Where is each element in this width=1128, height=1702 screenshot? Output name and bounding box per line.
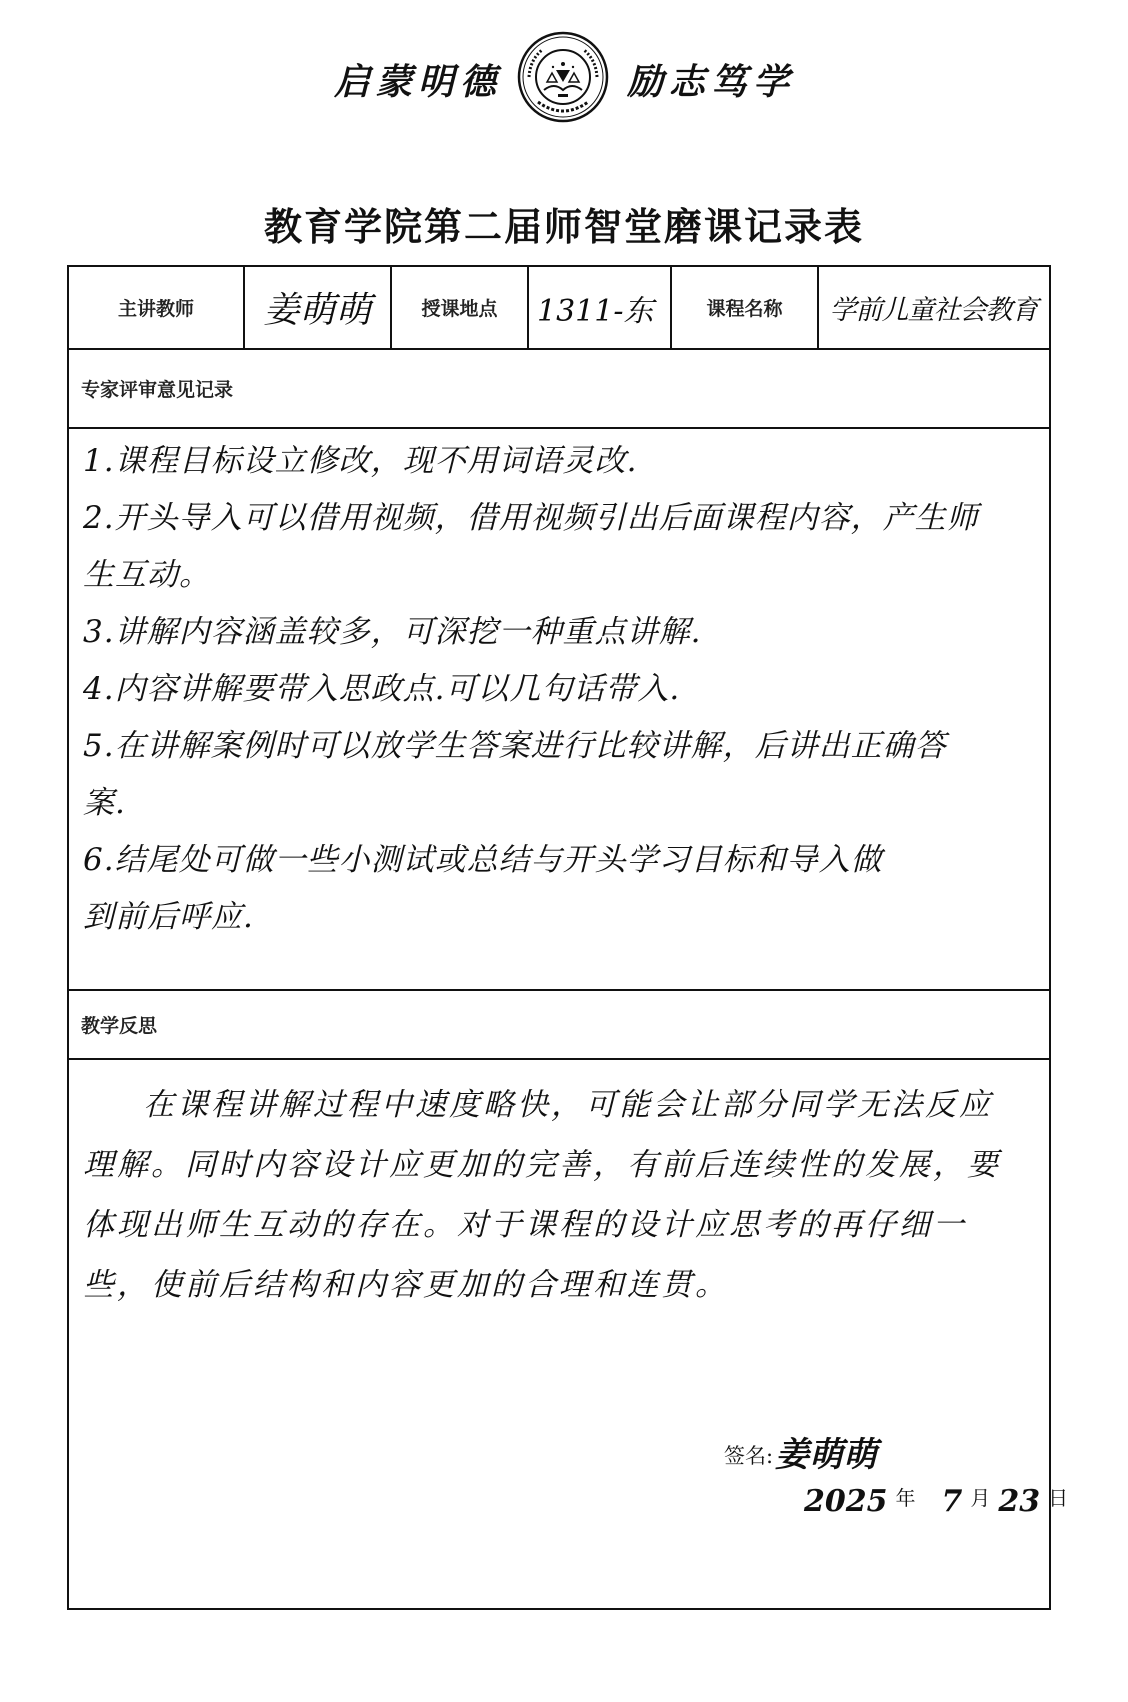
location-label-cell: 授课地点 [392,267,529,348]
teacher-value-cell: 姜萌萌 [245,267,392,348]
reflection-line: 体现出师生互动的存在。对于课程的设计应思考的再仔细一 [83,1195,1033,1255]
reflection-label: 教学反思 [81,1011,157,1038]
comment-line: 案. [83,775,1033,832]
record-form-table: 主讲教师 姜萌萌 授课地点 1311-东 课程名称 学前儿童社会教育 专家评审意… [67,265,1051,1610]
date-month: 7 [942,1484,963,1519]
expert-review-comments: 1.课程目标设立修改，现不用词语灵改. 2.开头导入可以借用视频，借用视频引出后… [83,433,1033,946]
motto-right: 励志笃学 [627,54,795,105]
reflection-line: 在课程讲解过程中速度略快，可能会让部分同学无法反应 [83,1075,1033,1135]
comment-line: 1.课程目标设立修改，现不用词语灵改. [83,433,1033,490]
signature-label: 签名: [724,1440,773,1470]
date-month-unit: 月 [970,1482,990,1511]
comment-line: 到前后呼应. [83,889,1033,946]
school-emblem-icon [516,30,610,124]
comment-line: 5.在讲解案例时可以放学生答案进行比较讲解，后讲出正确答 [83,718,1033,775]
reflection-line: 些，使前后结构和内容更加的合理和连贯。 [83,1255,1033,1315]
location-value: 1311-东 [537,286,653,330]
location-value-cell: 1311-东 [529,267,672,348]
teacher-label-cell: 主讲教师 [69,267,245,348]
teacher-name: 姜萌萌 [263,282,371,333]
date-day: 23 [998,1484,1040,1519]
signature-name: 姜萌萌 [775,1427,877,1476]
comment-line: 2.开头导入可以借用视频，借用视频引出后面课程内容，产生师 [83,490,1033,547]
location-label: 授课地点 [421,294,497,321]
comment-line: 4.内容讲解要带入思政点.可以几句话带入. [83,661,1033,718]
reflection-text: 在课程讲解过程中速度略快，可能会让部分同学无法反应 理解。同时内容设计应更加的完… [83,1075,1033,1315]
course-name: 学前儿童社会教育 [830,288,1038,327]
signature: 签名: 姜萌萌 [724,1427,877,1476]
comment-line: 3.讲解内容涵盖较多，可深挖一种重点讲解. [83,604,1033,661]
course-label-cell: 课程名称 [672,267,819,348]
date-day-unit: 日 [1048,1482,1068,1511]
teacher-label: 主讲教师 [118,294,194,321]
reflection-header: 教学反思 [69,989,1049,1060]
expert-review-header: 专家评审意见记录 [69,350,1049,429]
info-row: 主讲教师 姜萌萌 授课地点 1311-东 课程名称 学前儿童社会教育 [69,267,1049,350]
page-title: 教育学院第二届师智堂磨课记录表 [0,196,1128,251]
expert-review-label: 专家评审意见记录 [81,375,233,402]
reflection-line: 理解。同时内容设计应更加的完善，有前后连续性的发展，要 [83,1135,1033,1195]
date-year: 2025 [804,1484,888,1519]
course-value-cell: 学前儿童社会教育 [819,267,1048,348]
course-label: 课程名称 [706,294,782,321]
signature-date: 2025 年 7 月 23 日 [804,1482,1068,1519]
date-year-unit: 年 [896,1482,916,1511]
comment-line: 生互动。 [83,547,1033,604]
comment-line: 6.结尾处可做一些小测试或总结与开头学习目标和导入做 [83,832,1033,889]
motto-left: 启蒙明德 [334,54,502,105]
